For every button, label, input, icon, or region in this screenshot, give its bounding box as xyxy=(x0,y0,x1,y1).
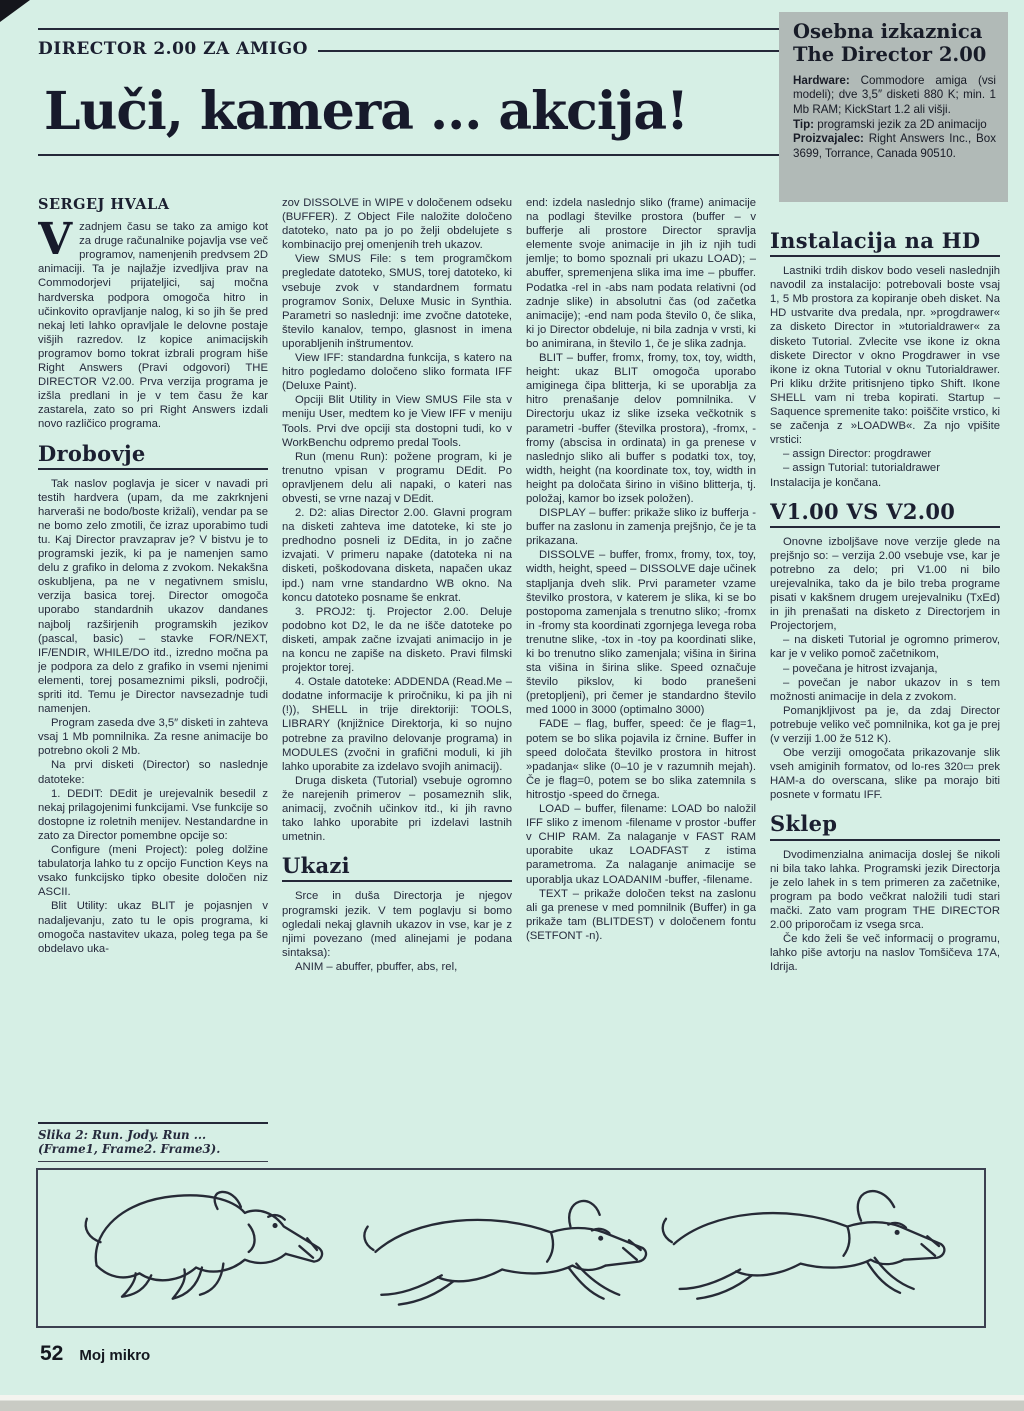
drop-cap: V xyxy=(38,220,79,256)
paragraph: FADE – flag, buffer, speed: če je flag=1… xyxy=(526,717,756,802)
paragraph: Dvodimenzialna animacija doslej še nikol… xyxy=(770,848,1000,933)
paragraph: View SMUS File: s tem programčkom pregle… xyxy=(282,252,512,351)
running-dogs-illustration xyxy=(36,1168,986,1328)
page-footer: 52 Moj mikro xyxy=(40,1342,150,1366)
paragraph: 3. PROJ2: tj. Projector 2.00. Deluje pod… xyxy=(282,605,512,675)
infobox-title-line2: The Director 2.00 xyxy=(793,43,986,66)
scan-corner-mark xyxy=(0,0,30,22)
section-heading: Instalacija na HD xyxy=(770,234,1000,257)
infobox-field-label: Hardware: xyxy=(793,74,850,87)
dog-frame-2 xyxy=(364,1201,646,1305)
article-body: SERGEJ HVALAVzadnjem času se tako za ami… xyxy=(38,196,1000,1162)
byline: SERGEJ HVALA xyxy=(38,198,268,212)
paragraph: BLIT – buffer, fromx, fromy, tox, toy, w… xyxy=(526,351,756,506)
paragraph: Program zaseda dve 3,5″ disketi in zahte… xyxy=(38,716,268,758)
figure-caption: Slika 2: Run. Jody. Run ... (Frame1, Fra… xyxy=(38,1122,268,1162)
paragraph: end: izdela naslednjo sliko (frame) anim… xyxy=(526,196,756,351)
paragraph: Opciji Blit Utility in View SMUS File st… xyxy=(282,393,512,449)
column-2: zov DISSOLVE in WIPE v določenem odseku … xyxy=(282,196,512,1162)
paragraph: DISPLAY – buffer: prikaže sliko iz buffe… xyxy=(526,506,756,548)
paragraph: Če kdo želi še več informacij o programu… xyxy=(770,932,1000,974)
article-kicker: DIRECTOR 2.00 ZA AMIGO xyxy=(38,39,308,59)
infobox-field-label: Tip: xyxy=(793,118,814,131)
paragraph: – povečana je hitrost izvajanja, xyxy=(770,662,1000,676)
section-heading: Sklep xyxy=(770,817,1000,840)
paragraph: – povečan je nabor ukazov in s tem možno… xyxy=(770,676,1000,704)
page-number: 52 xyxy=(40,1342,63,1366)
paragraph: Na prvi disketi (Director) so naslednje … xyxy=(38,758,268,786)
infobox-field: Proizvajalec: Right Answers Inc., Box 36… xyxy=(793,132,996,161)
section-heading: V1.00 VS V2.00 xyxy=(770,505,1000,528)
infobox-field: Hardware: Commodore amiga (vsi modeli); … xyxy=(793,74,996,118)
paragraph: TEXT – prikaže določen tekst na zaslonu … xyxy=(526,887,756,943)
paragraph: Blit Utility: ukaz BLIT je pojasnjen v n… xyxy=(38,899,268,955)
paragraph: View IFF: standardna funkcija, s katero … xyxy=(282,351,512,393)
infobox-field: Tip: programski jezik za 2D animacijo xyxy=(793,118,996,133)
paragraph: Srce in duša Directorja je njegov progra… xyxy=(282,889,512,959)
scan-edge-strip xyxy=(0,1395,1024,1411)
lead-paragraph: Vzadnjem času se tako za amigo kot za dr… xyxy=(38,220,268,431)
paragraph: DISSOLVE – buffer, fromx, fromy, tox, to… xyxy=(526,548,756,717)
paragraph: LOAD – buffer, filename: LOAD bo naložil… xyxy=(526,802,756,887)
column-4: Instalacija na HDLastniki trdih diskov b… xyxy=(770,196,1000,1162)
section-heading: Ukazi xyxy=(282,859,512,882)
paragraph: Instalacija je končana. xyxy=(770,476,1000,490)
paragraph: Lastniki trdih diskov bodo veseli nasled… xyxy=(770,264,1000,447)
column-1: SERGEJ HVALAVzadnjem času se tako za ami… xyxy=(38,196,268,1162)
infobox-fields: Hardware: Commodore amiga (vsi modeli); … xyxy=(793,74,996,162)
paragraph: – assign Director: progdrawer xyxy=(770,447,1000,461)
paragraph: Pomanjkljivost pa je, da zdaj Director p… xyxy=(770,704,1000,746)
paragraph: 4. Ostale datoteke: ADDENDA (Read.Me – d… xyxy=(282,675,512,774)
spec-infobox: Osebna izkaznica The Director 2.00 Hardw… xyxy=(779,12,1008,202)
magazine-page: DIRECTOR 2.00 ZA AMIGO Luči, kamera ... … xyxy=(0,0,1024,1411)
article-title: Luči, kamera ... akcija! xyxy=(44,85,779,140)
section-heading: Drobovje xyxy=(38,447,268,470)
infobox-title: Osebna izkaznica The Director 2.00 xyxy=(793,20,996,67)
kicker-rule xyxy=(318,50,779,52)
masthead: DIRECTOR 2.00 ZA AMIGO Luči, kamera ... … xyxy=(38,28,779,156)
paragraph: 1. DEDIT: DEdit je urejevalnik besedil z… xyxy=(38,787,268,843)
paragraph: Druga disketa (Tutorial) vsebuje ogromno… xyxy=(282,774,512,844)
paragraph: – assign Tutorial: tutorialdrawer xyxy=(770,461,1000,475)
paragraph: zov DISSOLVE in WIPE v določenem odseku … xyxy=(282,196,512,252)
paragraph: Configure (meni Project): poleg dolžine … xyxy=(38,843,268,899)
infobox-field-label: Proizvajalec: xyxy=(793,132,864,145)
paragraph: Obe verziji omogočata prikazovanje slik … xyxy=(770,746,1000,802)
magazine-name: Moj mikro xyxy=(79,1347,150,1364)
paragraph: 2. D2: alias Director 2.00. Glavni progr… xyxy=(282,506,512,605)
paragraph: Run (menu Run): požene program, ki je tr… xyxy=(282,450,512,506)
column-3: end: izdela naslednjo sliko (frame) anim… xyxy=(526,196,756,1162)
dog-frame-1 xyxy=(86,1192,322,1299)
dog-frame-3 xyxy=(663,1191,945,1299)
paragraph: Onovne izboljšave nove verzije glede na … xyxy=(770,535,1000,634)
paragraph: Tak naslov poglavja je sicer v navadi pr… xyxy=(38,477,268,717)
infobox-title-line1: Osebna izkaznica xyxy=(793,20,982,43)
paragraph: – na disketi Tutorial je ogromno primero… xyxy=(770,633,1000,661)
title-rule xyxy=(38,154,779,156)
paragraph: ANIM – abuffer, pbuffer, abs, rel, xyxy=(282,960,512,974)
top-rule xyxy=(38,28,779,30)
